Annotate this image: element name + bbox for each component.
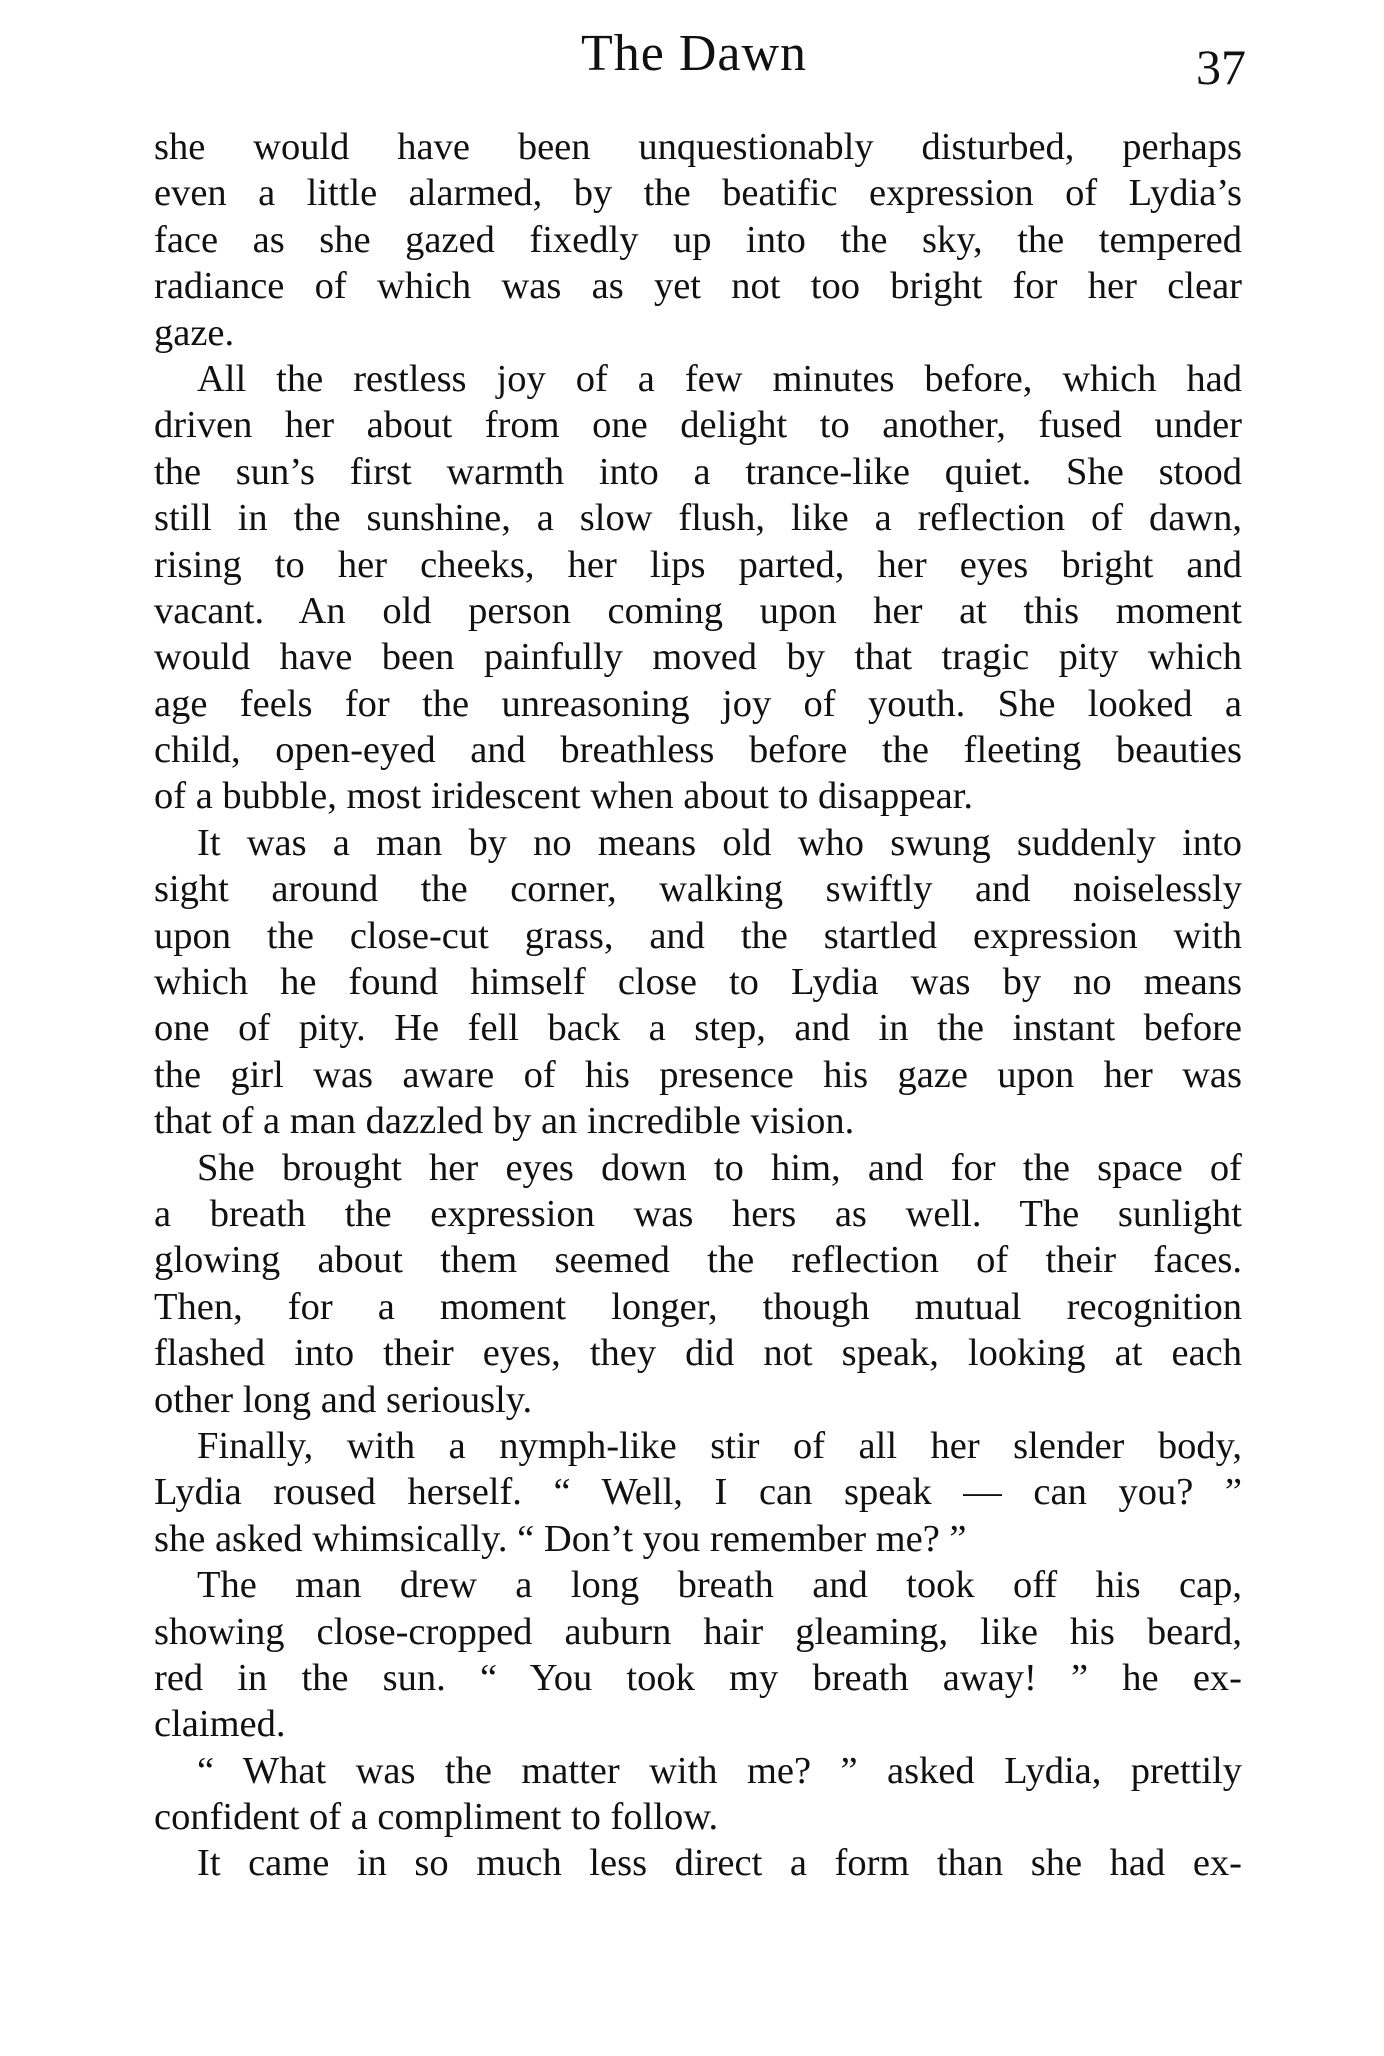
text-line: It came in so much less direct a form th… [154,1840,1242,1886]
text-line: upon the close-cut grass, and the startl… [154,913,1242,959]
text-line: It was a man by no means old who swung s… [154,820,1242,866]
paragraph: It came in so much less direct a form th… [154,1840,1242,1886]
page-number: 37 [1186,37,1246,97]
running-head: The Dawn 37 [0,0,1384,100]
text-line: claimed. [154,1701,1242,1747]
text-line: that of a man dazzled by an incredible v… [154,1098,1242,1144]
text-line: she asked whimsically. “ Don’t you remem… [154,1516,1242,1562]
paragraph: She brought her eyes down to him, and fo… [154,1145,1242,1423]
text-line: Then, for a moment longer, though mutual… [154,1284,1242,1330]
text-line: child, open-eyed and breathless before t… [154,727,1242,773]
text-line: “ What was the matter with me? ” asked L… [154,1748,1242,1794]
book-page: The Dawn 37 she would have been unquesti… [0,0,1384,2056]
text-line: age feels for the unreasoning joy of you… [154,681,1242,727]
text-line: she would have been unquestionably distu… [154,124,1242,170]
text-line: radiance of which was as yet not too bri… [154,263,1242,309]
paragraph: she would have been unquestionably distu… [154,124,1242,356]
paragraph: The man drew a long breath and took off … [154,1562,1242,1748]
text-line: even a little alarmed, by the beatific e… [154,170,1242,216]
text-line: a breath the expression was hers as well… [154,1191,1242,1237]
text-line: Finally, with a nymph-like stir of all h… [154,1423,1242,1469]
paragraph: It was a man by no means old who swung s… [154,820,1242,1145]
text-line: other long and seriously. [154,1377,1242,1423]
text-line: Lydia roused herself. “ Well, I can spea… [154,1469,1242,1515]
text-line: one of pity. He fell back a step, and in… [154,1005,1242,1051]
text-line: which he found himself close to Lydia wa… [154,959,1242,1005]
paragraph: All the restless joy of a few minutes be… [154,356,1242,820]
text-line: flashed into their eyes, they did not sp… [154,1330,1242,1376]
text-line: of a bubble, most iridescent when about … [154,773,1242,819]
text-line: red in the sun. “ You took my breath awa… [154,1655,1242,1701]
text-line: the sun’s first warmth into a trance-lik… [154,449,1242,495]
text-line: still in the sunshine, a slow flush, lik… [154,495,1242,541]
text-line: sight around the corner, walking swiftly… [154,866,1242,912]
text-line: The man drew a long breath and took off … [154,1562,1242,1608]
text-line: vacant. An old person coming upon her at… [154,588,1242,634]
text-line: rising to her cheeks, her lips parted, h… [154,542,1242,588]
text-line: confident of a compliment to follow. [154,1794,1242,1840]
text-line: the girl was aware of his presence his g… [154,1052,1242,1098]
text-line: gaze. [154,310,1242,356]
paragraph: “ What was the matter with me? ” asked L… [154,1748,1242,1841]
text-line: showing close-cropped auburn hair gleami… [154,1609,1242,1655]
paragraph: Finally, with a nymph-like stir of all h… [154,1423,1242,1562]
text-line: She brought her eyes down to him, and fo… [154,1145,1242,1191]
text-line: driven her about from one delight to ano… [154,402,1242,448]
text-line: glowing about them seemed the reflection… [154,1237,1242,1283]
text-line: would have been painfully moved by that … [154,634,1242,680]
running-title: The Dawn [562,24,826,84]
body-text: she would have been unquestionably distu… [154,124,1242,1887]
text-line: All the restless joy of a few minutes be… [154,356,1242,402]
text-line: face as she gazed fixedly up into the sk… [154,217,1242,263]
